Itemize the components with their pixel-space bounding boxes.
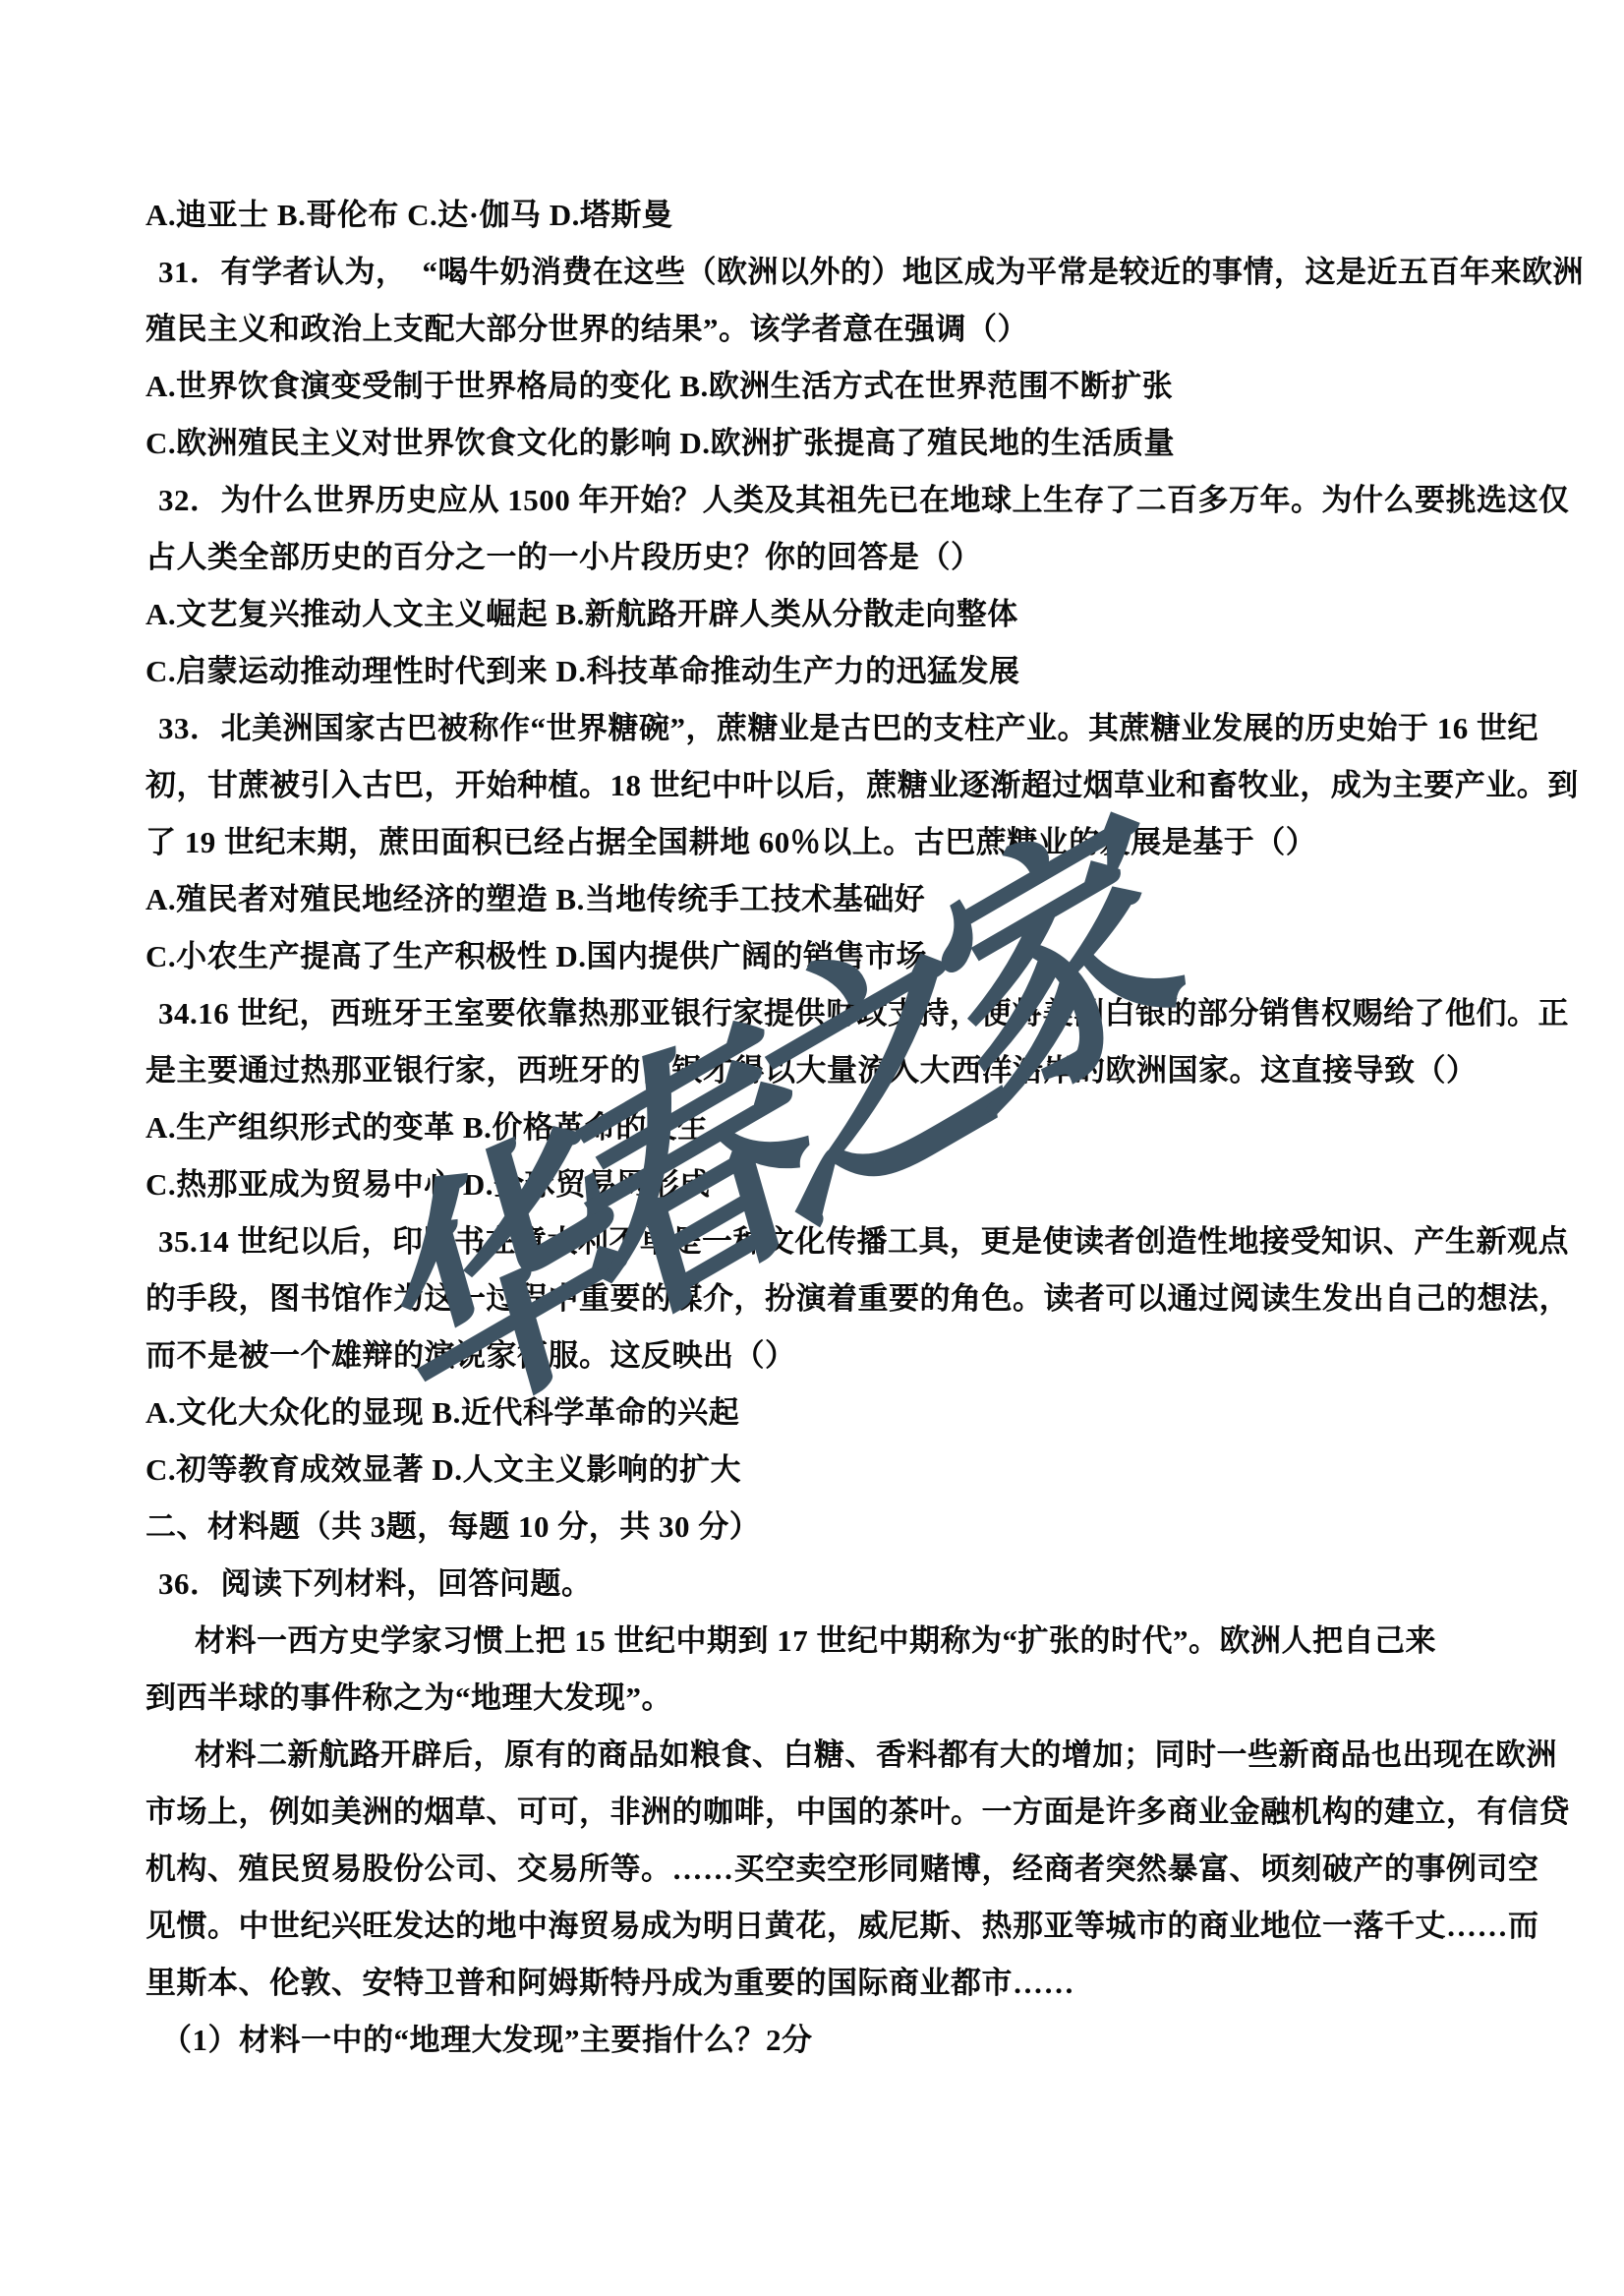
section-heading: 二、材料题（共 3题，每题 10 分，共 30 分）	[145, 1499, 1526, 1556]
options-row: A.文艺复兴推动人文主义崛起 B.新航路开辟人类从分散走向整体	[145, 586, 1526, 643]
question: 34.16 世纪，西班牙王室要依靠热那亚银行家提供财政支持，便将美洲白银的部分销…	[145, 985, 1526, 1042]
material-continuation: 里斯本、伦敦、安特卫普和阿姆斯特丹成为重要的国际商业都市……	[145, 1955, 1526, 2012]
options-row: C.初等教育成效显著 D.人文主义影响的扩大	[145, 1442, 1526, 1499]
exam-page: A.迪亚士 B.哥伦布 C.达·伽马 D.塔斯曼31．有学者认为， “喝牛奶消费…	[0, 0, 1624, 2296]
options-row: C.热那亚成为贸易中心 D.全球贸易网形成	[145, 1156, 1526, 1213]
options-row: A.迪亚士 B.哥伦布 C.达·伽马 D.塔斯曼	[145, 187, 1526, 244]
material-paragraph: 材料一西方史学家习惯上把 15 世纪中期到 17 世纪中期称为“扩张的时代”。欧…	[145, 1613, 1526, 1670]
options-row: A.殖民者对殖民地经济的塑造 B.当地传统手工技术基础好	[145, 871, 1526, 928]
material-paragraph: 材料二新航路开辟后，原有的商品如粮食、白糖、香料都有大的增加；同时一些新商品也出…	[145, 1727, 1526, 1784]
material-continuation: 到西半球的事件称之为“地理大发现”。	[145, 1670, 1526, 1727]
question: 36．阅读下列材料，回答问题。	[145, 1556, 1526, 1613]
options-row: A.文化大众化的显现 B.近代科学革命的兴起	[145, 1384, 1526, 1442]
options-row: C.欧洲殖民主义对世界饮食文化的影响 D.欧洲扩张提高了殖民地的生活质量	[145, 415, 1526, 472]
sub-question: （1）材料一中的“地理大发现”主要指什么？2分	[145, 2012, 1526, 2069]
document-body: A.迪亚士 B.哥伦布 C.达·伽马 D.塔斯曼31．有学者认为， “喝牛奶消费…	[0, 187, 1624, 2069]
options-row: C.启蒙运动推动理性时代到来 D.科技革命推动生产力的迅猛发展	[145, 643, 1526, 700]
options-row: A.世界饮食演变受制于世界格局的变化 B.欧洲生活方式在世界范围不断扩张	[145, 358, 1526, 415]
options-row: C.小农生产提高了生产积极性 D.国内提供广阔的销售市场	[145, 928, 1526, 985]
options-row: A.生产组织形式的变革 B.价格革命的发生	[145, 1099, 1526, 1156]
material-continuation: 见惯。中世纪兴旺发达的地中海贸易成为明日黄花，威尼斯、热那亚等城市的商业地位一落…	[145, 1898, 1526, 1955]
continuation: 初，甘蔗被引入古巴，开始种植。18 世纪中叶以后，蔗糖业逐渐超过烟草业和畜牧业，…	[145, 757, 1526, 814]
question: 31．有学者认为， “喝牛奶消费在这些（欧洲以外的）地区成为平常是较近的事情，这…	[145, 244, 1526, 301]
continuation: 了 19 世纪末期，蔗田面积已经占据全国耕地 60％以上。古巴蔗糖业的发展是基于…	[145, 814, 1526, 871]
continuation: 殖民主义和政治上支配大部分世界的结果”。该学者意在强调（）	[145, 301, 1526, 358]
continuation: 占人类全部历史的百分之一的一小片段历史？你的回答是（）	[145, 529, 1526, 586]
material-continuation: 市场上，例如美洲的烟草、可可，非洲的咖啡，中国的茶叶。一方面是许多商业金融机构的…	[145, 1784, 1526, 1841]
question: 32．为什么世界历史应从 1500 年开始？人类及其祖先已在地球上生存了二百多万…	[145, 472, 1526, 529]
question: 35.14 世纪以后，印刷书在意大利不单是一种文化传播工具，更是使读者创造性地接…	[145, 1213, 1526, 1270]
material-continuation: 机构、殖民贸易股份公司、交易所等。……买空卖空形同赌博，经商者突然暴富、顷刻破产…	[145, 1841, 1526, 1898]
continuation: 的手段，图书馆作为这一过程中重要的媒介，扮演着重要的角色。读者可以通过阅读生发出…	[145, 1270, 1526, 1327]
continuation: 而不是被一个雄辩的演说家征服。这反映出（）	[145, 1327, 1526, 1384]
continuation: 是主要通过热那亚银行家，西班牙的白银才得以大量流入大西洋沿岸的欧洲国家。这直接导…	[145, 1042, 1526, 1099]
question: 33．北美洲国家古巴被称作“世界糖碗”，蔗糖业是古巴的支柱产业。其蔗糖业发展的历…	[145, 700, 1526, 757]
